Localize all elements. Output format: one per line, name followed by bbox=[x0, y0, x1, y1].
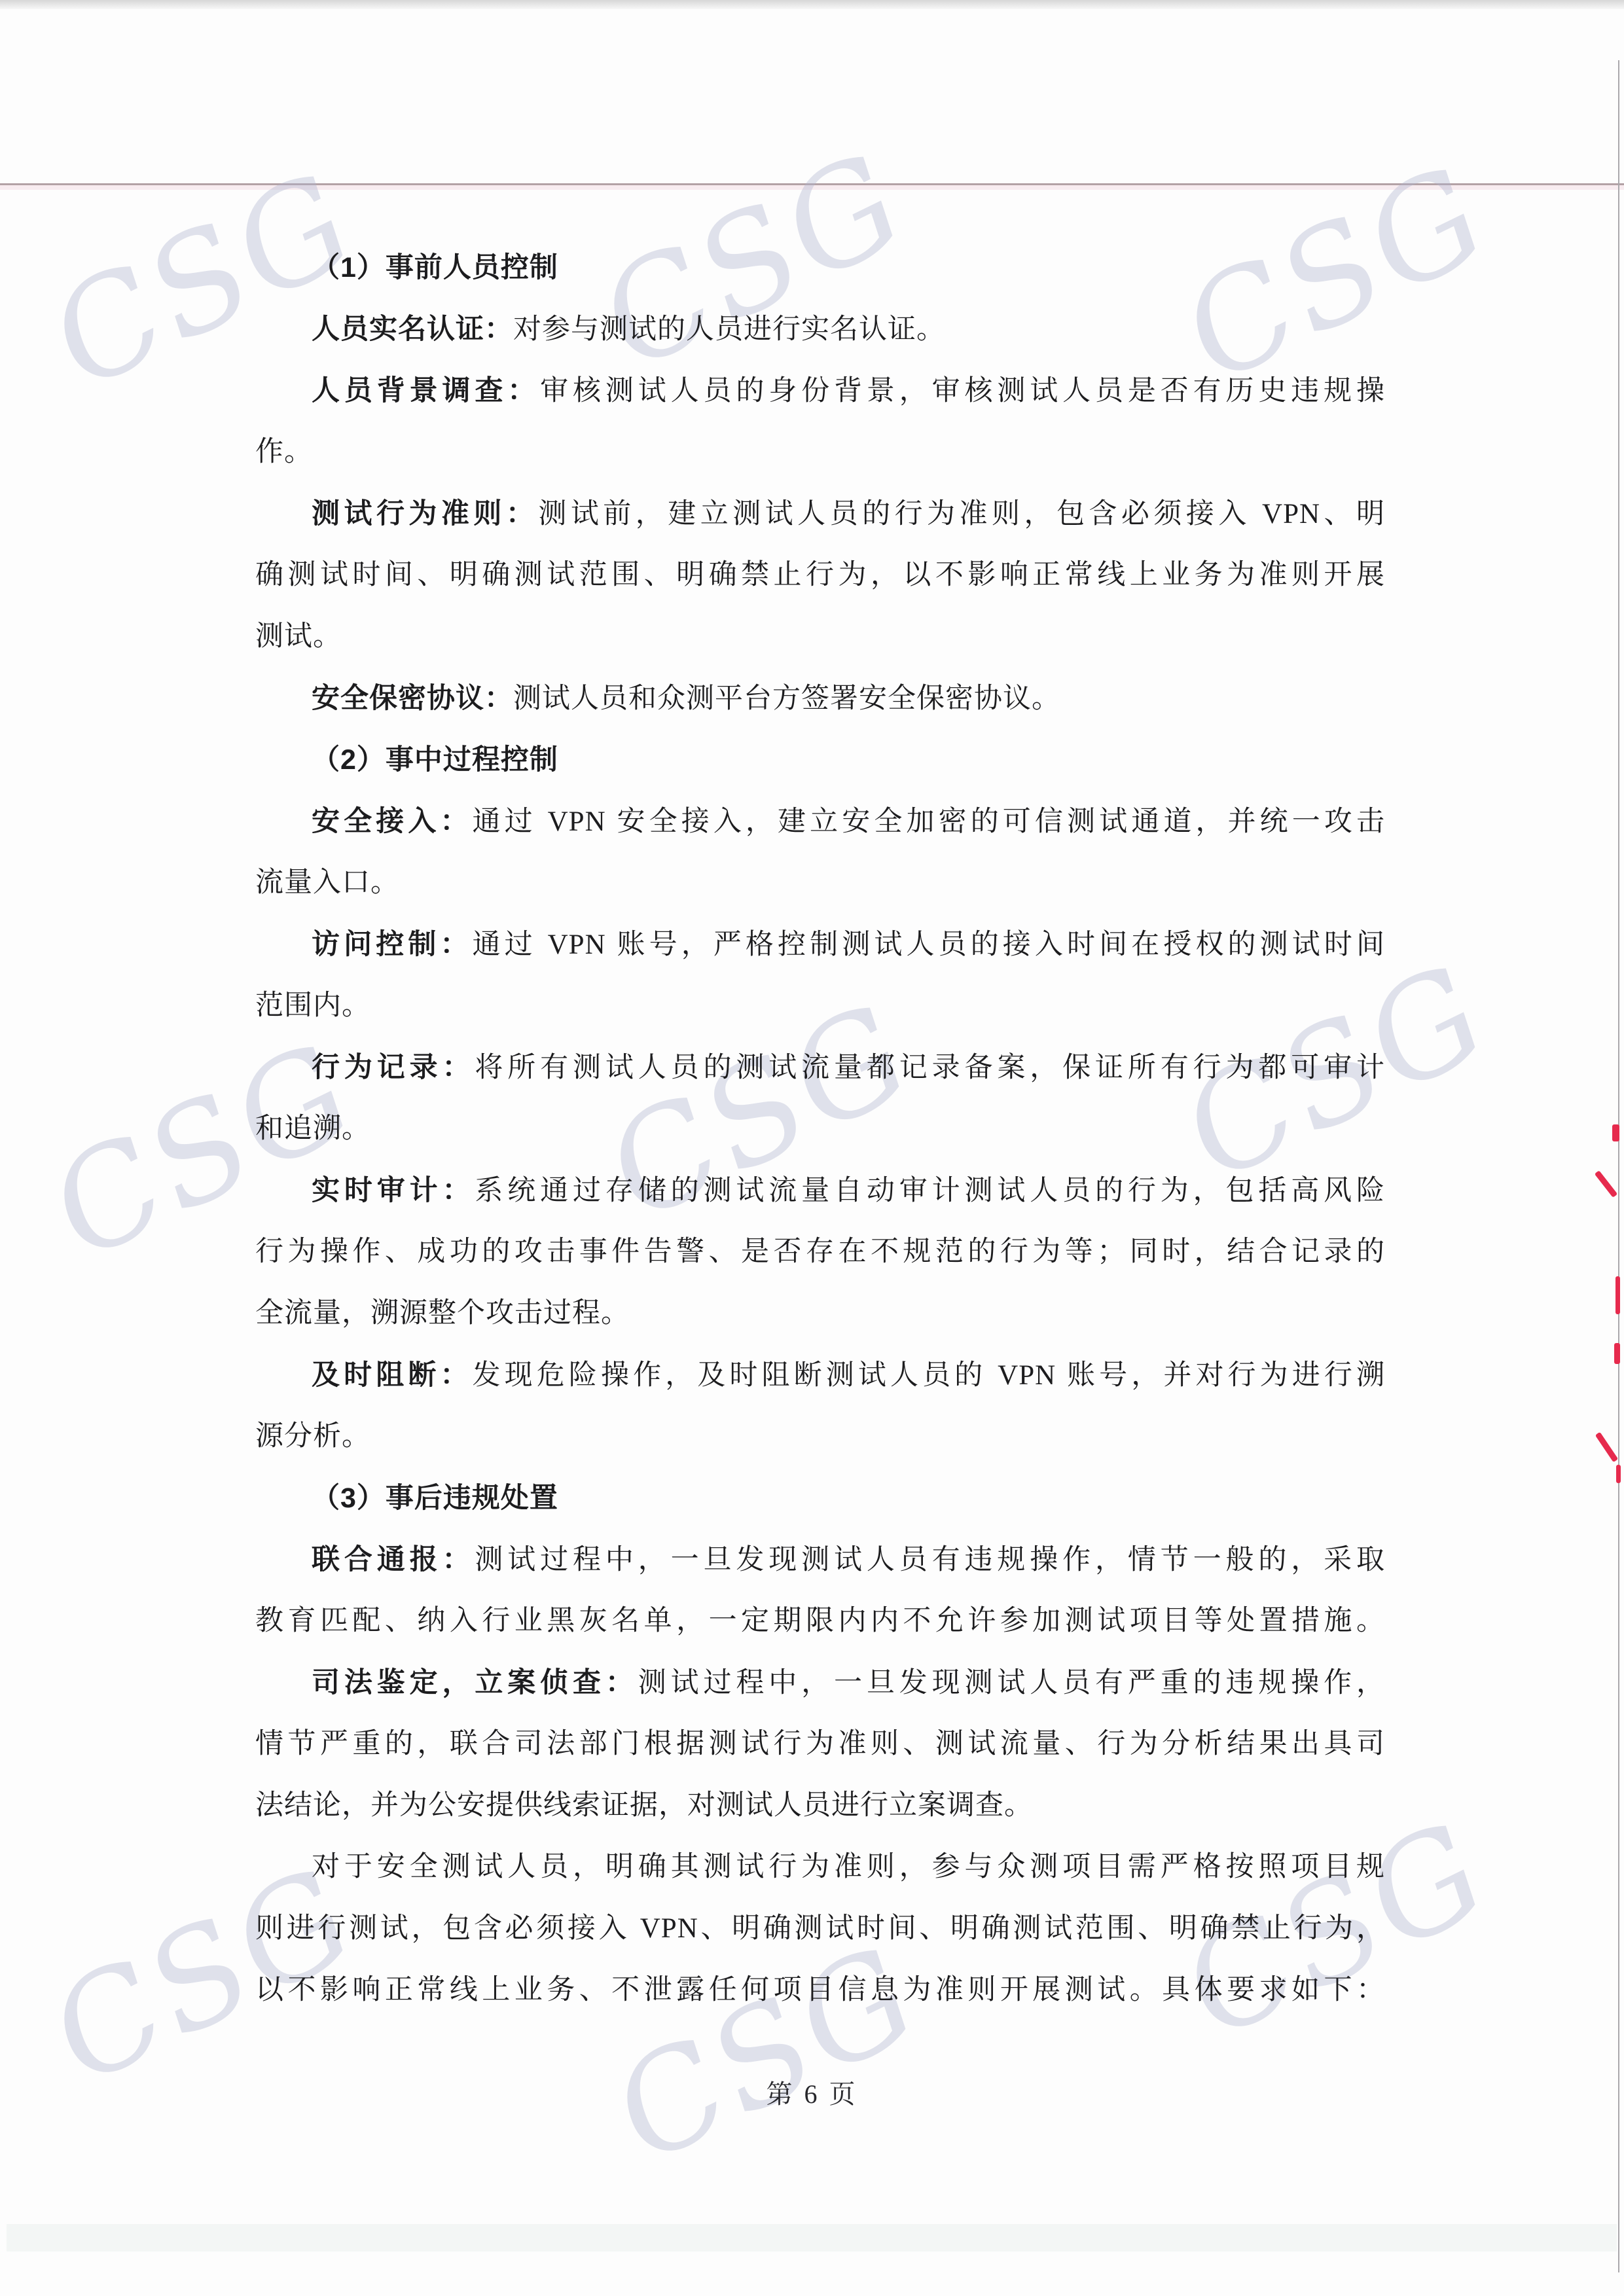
line-rest: 全流量，溯源整个攻击过程。 bbox=[255, 1298, 630, 1329]
text-line: 行为操作、成功的攻击事件告警、是否存在不规范的行为等；同时，结合记录的 bbox=[255, 1221, 1385, 1283]
line-rest: 将所有测试人员的测试流量都记录备案，保证所有行为都可审计 bbox=[475, 1052, 1385, 1083]
header-rule-pink-glow bbox=[0, 185, 1624, 190]
scan-top-edge bbox=[0, 0, 1624, 9]
line-lead-bold: 安全接入： bbox=[312, 806, 473, 837]
line-rest: 通过 VPN 账号，严格控制测试人员的接入时间在授权的测试时间 bbox=[473, 929, 1385, 960]
line-rest: 以不影响正常线上业务、不泄露任何项目信息为准则开展测试。具体要求如下： bbox=[255, 1975, 1385, 2005]
line-rest: 法结论，并为公安提供线索证据，对测试人员进行立案调查。 bbox=[255, 1790, 1033, 1821]
line-rest: 确测试时间、明确测试范围、明确禁止行为，以不影响正常线上业务为准则开展 bbox=[255, 560, 1385, 590]
section-heading: （2）事中过程控制 bbox=[255, 729, 1385, 791]
text-line: 联合通报：测试过程中，一旦发现测试人员有违规操作，情节一般的，采取 bbox=[255, 1529, 1385, 1590]
heading-text: （1）事前人员控制 bbox=[312, 252, 558, 283]
line-rest: 作。 bbox=[255, 437, 313, 467]
section-heading: （1）事前人员控制 bbox=[255, 237, 1385, 298]
line-rest: 对参与测试的人员进行实名认证。 bbox=[513, 314, 945, 345]
text-line: 司法鉴定，立案侦查：测试过程中，一旦发现测试人员有严重的违规操作， bbox=[255, 1652, 1385, 1713]
line-lead-bold: 测试行为准则： bbox=[312, 498, 538, 529]
section-heading: （3）事后违规处置 bbox=[255, 1467, 1385, 1529]
text-line: 作。 bbox=[255, 422, 1385, 483]
line-lead-bold: 行为记录： bbox=[312, 1052, 475, 1083]
text-line: 对于安全测试人员，明确其测试行为准则，参与众测项目需严格按照项目规 bbox=[255, 1837, 1385, 1898]
text-line: 教育匹配、纳入行业黑灰名单，一定期限内内不允许参加测试项目等处置措施。 bbox=[255, 1590, 1385, 1652]
line-rest: 审核测试人员的身份背景，审核测试人员是否有历史违规操 bbox=[540, 376, 1385, 406]
line-rest: 流量入口。 bbox=[255, 867, 399, 898]
line-rest: 源分析。 bbox=[255, 1421, 370, 1452]
line-lead-bold: 司法鉴定，立案侦查： bbox=[312, 1667, 638, 1698]
line-rest: 通过 VPN 安全接入，建立安全加密的可信测试通道，并统一攻击 bbox=[473, 806, 1385, 837]
line-rest: 和追溯。 bbox=[255, 1113, 370, 1144]
heading-text: （3）事后违规处置 bbox=[312, 1482, 558, 1514]
text-line: 安全保密协议：测试人员和众测平台方签署安全保密协议。 bbox=[255, 668, 1385, 729]
line-rest: 系统通过存储的测试流量自动审计测试人员的行为，包括高风险 bbox=[475, 1175, 1385, 1206]
line-rest: 教育匹配、纳入行业黑灰名单，一定期限内内不允许参加测试项目等处置措施。 bbox=[255, 1605, 1385, 1636]
text-line: 范围内。 bbox=[255, 975, 1385, 1037]
line-rest: 则进行测试，包含必须接入 VPN、明确测试时间、明确测试范围、明确禁止行为， bbox=[255, 1913, 1385, 1944]
line-rest: 测试人员和众测平台方签署安全保密协议。 bbox=[513, 683, 1060, 714]
line-rest: 测试过程中，一旦发现测试人员有严重的违规操作， bbox=[638, 1668, 1385, 1698]
line-rest: 测试。 bbox=[255, 621, 342, 652]
line-lead-bold: 及时阻断： bbox=[312, 1359, 473, 1391]
text-line: 及时阻断：发现危险操作，及时阻断测试人员的 VPN 账号，并对行为进行溯 bbox=[255, 1344, 1385, 1406]
red-ink-mark bbox=[1612, 1124, 1619, 1141]
text-line: 情节严重的，联合司法部门根据测试行为准则、测试流量、行为分析结果出具司 bbox=[255, 1713, 1385, 1775]
red-ink-mark bbox=[1616, 1465, 1621, 1483]
line-lead-bold: 人员实名认证： bbox=[312, 314, 513, 345]
text-line: 确测试时间、明确测试范围、明确禁止行为，以不影响正常线上业务为准则开展 bbox=[255, 545, 1385, 606]
red-ink-mark bbox=[1595, 1432, 1618, 1462]
line-rest: 测试过程中，一旦发现测试人员有违规操作，情节一般的，采取 bbox=[475, 1545, 1385, 1575]
page-number: 第 6 页 bbox=[0, 2068, 1624, 2121]
text-line: 源分析。 bbox=[255, 1406, 1385, 1467]
text-line: 则进行测试，包含必须接入 VPN、明确测试时间、明确测试范围、明确禁止行为， bbox=[255, 1898, 1385, 1960]
line-rest: 范围内。 bbox=[255, 990, 370, 1021]
scan-right-edge-line bbox=[1618, 60, 1619, 2272]
line-lead-bold: 访问控制： bbox=[312, 929, 473, 960]
text-line: 实时审计：系统通过存储的测试流量自动审计测试人员的行为，包括高风险 bbox=[255, 1160, 1385, 1221]
line-lead-bold: 人员背景调查： bbox=[312, 375, 540, 406]
line-lead-bold: 安全保密协议： bbox=[312, 683, 513, 714]
red-ink-mark bbox=[1615, 1276, 1620, 1314]
line-rest: 情节严重的，联合司法部门根据测试行为准则、测试流量、行为分析结果出具司 bbox=[255, 1729, 1385, 1759]
text-line: 人员背景调查：审核测试人员的身份背景，审核测试人员是否有历史违规操 bbox=[255, 360, 1385, 422]
line-lead-bold: 联合通报： bbox=[312, 1544, 475, 1575]
text-line: 测试行为准则：测试前，建立测试人员的行为准则，包含必须接入 VPN、明 bbox=[255, 483, 1385, 545]
red-ink-mark bbox=[1614, 1343, 1620, 1364]
text-line: 安全接入：通过 VPN 安全接入，建立安全加密的可信测试通道，并统一攻击 bbox=[255, 791, 1385, 852]
text-line: 流量入口。 bbox=[255, 852, 1385, 914]
line-rest: 行为操作、成功的攻击事件告警、是否存在不规范的行为等；同时，结合记录的 bbox=[255, 1236, 1385, 1267]
text-line: 行为记录：将所有测试人员的测试流量都记录备案，保证所有行为都可审计 bbox=[255, 1037, 1385, 1098]
heading-text: （2）事中过程控制 bbox=[312, 744, 558, 776]
line-lead-bold: 实时审计： bbox=[312, 1175, 475, 1206]
red-ink-mark bbox=[1595, 1170, 1617, 1198]
document-body: （1）事前人员控制 人员实名认证：对参与测试的人员进行实名认证。 人员背景调查：… bbox=[255, 237, 1385, 2021]
text-line: 全流量，溯源整个攻击过程。 bbox=[255, 1283, 1385, 1344]
text-line: 和追溯。 bbox=[255, 1098, 1385, 1160]
line-rest: 发现危险操作，及时阻断测试人员的 VPN 账号，并对行为进行溯 bbox=[473, 1360, 1385, 1391]
text-line: 人员实名认证：对参与测试的人员进行实名认证。 bbox=[255, 298, 1385, 360]
text-line: 以不影响正常线上业务、不泄露任何项目信息为准则开展测试。具体要求如下： bbox=[255, 1960, 1385, 2021]
text-line: 测试。 bbox=[255, 606, 1385, 668]
text-line: 访问控制：通过 VPN 账号，严格控制测试人员的接入时间在授权的测试时间 bbox=[255, 914, 1385, 975]
line-rest: 对于安全测试人员，明确其测试行为准则，参与众测项目需严格按照项目规 bbox=[312, 1852, 1385, 1882]
line-rest: 测试前，建立测试人员的行为准则，包含必须接入 VPN、明 bbox=[538, 499, 1385, 529]
scan-artifact bbox=[7, 2224, 1617, 2251]
text-line: 法结论，并为公安提供线索证据，对测试人员进行立案调查。 bbox=[255, 1775, 1385, 1837]
